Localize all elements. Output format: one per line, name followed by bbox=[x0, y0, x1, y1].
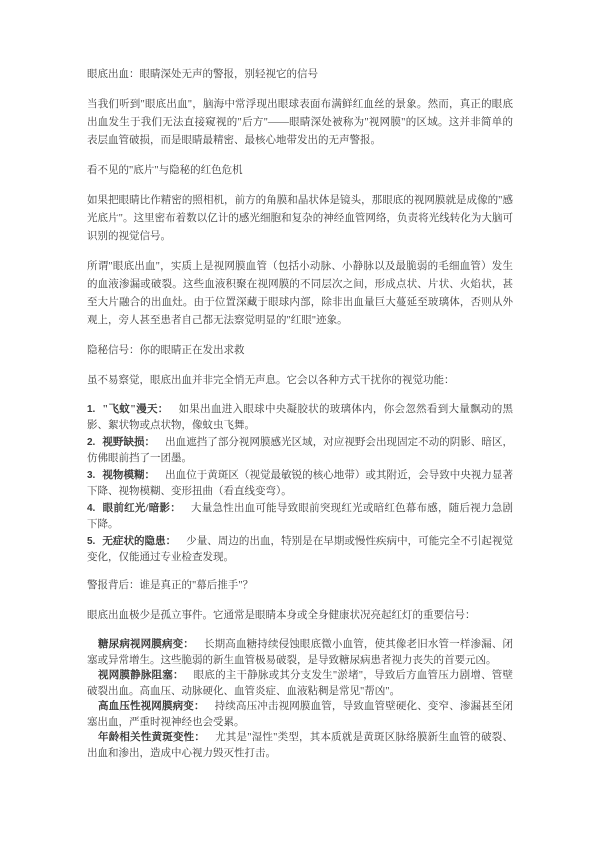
causes-list: 糖尿病视网膜病变：长期高血糖持续侵蚀眼底微小血管，使其像老旧水管一样渗漏、闭塞或… bbox=[87, 637, 513, 761]
list-item: 4.眼前红光/暗影：大量急性出血可能导致眼前突现红光或暗红色幕布感，随后视力急剧… bbox=[87, 501, 513, 532]
film-paragraph-2: 所谓"眼底出血"，实质上是视网膜血管（包括小动脉、小静脉以及最脆弱的毛细血管）发… bbox=[87, 258, 513, 330]
signals-intro: 虽不易察觉，眼底出血并非完全悄无声息。它会以各种方式干扰你的视觉功能： bbox=[87, 372, 513, 390]
section-heading-film: 看不见的"底片"与隐秘的红色危机 bbox=[87, 162, 513, 180]
causes-intro: 眼底出血极少是孤立事件。它通常是眼睛本身或全身健康状况亮起红灯的重要信号： bbox=[87, 607, 513, 625]
film-paragraph-1: 如果把眼睛比作精密的照相机，前方的角膜和晶状体是镜头，那眼底的视网膜就是成像的"… bbox=[87, 192, 513, 246]
list-item-lead: 眼前红光/暗影： bbox=[102, 503, 181, 514]
list-item-number: 3. bbox=[87, 470, 95, 481]
cause-paragraph: 高血压性视网膜病变：持续高压冲击视网膜血管，导致血管壁硬化、变窄、渗漏甚至闭塞出… bbox=[87, 699, 513, 730]
intro-paragraph: 当我们听到"眼底出血"，脑海中常浮现出眼球表面布满鲜红血丝的景象。然而，真正的眼… bbox=[87, 96, 513, 150]
cause-paragraph: 视网膜静脉阻塞：眼底的主干静脉或其分支发生"淤堵"，导致后方血管压力剧增、管壁破… bbox=[87, 668, 513, 699]
cause-lead: 糖尿病视网膜病变： bbox=[98, 639, 194, 650]
cause-lead: 高血压性视网膜病变： bbox=[98, 701, 205, 712]
section-heading-causes: 警报背后：谁是真正的"幕后推手"？ bbox=[87, 577, 513, 595]
list-item: 1."飞蚊"漫天：如果出血进入眼球中央凝胶状的玻璃体内，你会忽然看到大量飘动的黑… bbox=[87, 402, 513, 433]
list-item: 5.无症状的隐患：少量、周边的出血，特别是在早期或慢性疾病中，可能完全不引起视觉… bbox=[87, 534, 513, 565]
document-title: 眼底出血：眼睛深处无声的警报，别轻视它的信号 bbox=[87, 66, 513, 84]
list-item-number: 2. bbox=[87, 437, 95, 448]
cause-paragraph: 年龄相关性黄斑变性：尤其是"湿性"类型，其本质就是黄斑区脉络膜新生血管的破裂、出… bbox=[87, 730, 513, 761]
cause-lead: 视网膜静脉阻塞： bbox=[98, 670, 184, 681]
cause-paragraph: 糖尿病视网膜病变：长期高血糖持续侵蚀眼底微小血管，使其像老旧水管一样渗漏、闭塞或… bbox=[87, 637, 513, 668]
document-page: 眼底出血：眼睛深处无声的警报，别轻视它的信号 当我们听到"眼底出血"，脑海中常浮… bbox=[0, 0, 595, 841]
section-heading-signals: 隐秘信号：你的眼睛正在发出求救 bbox=[87, 342, 513, 360]
list-item-number: 5. bbox=[87, 536, 95, 547]
list-item-lead: 视野缺损： bbox=[102, 437, 155, 448]
list-item-lead: 无症状的隐患： bbox=[102, 536, 176, 547]
list-item: 2.视野缺损：出血遮挡了部分视网膜感光区域，对应视野会出现固定不动的阴影、暗区，… bbox=[87, 435, 513, 466]
list-item-lead: 视物模糊： bbox=[102, 470, 155, 481]
list-item: 3.视物模糊：出血位于黄斑区（视觉最敏锐的核心地带）或其附近，会导致中央视力显著… bbox=[87, 468, 513, 499]
cause-lead: 年龄相关性黄斑变性： bbox=[98, 732, 205, 743]
list-item-number: 1. bbox=[87, 404, 95, 415]
list-item-lead: "飞蚊"漫天： bbox=[102, 404, 168, 415]
signals-list: 1."飞蚊"漫天：如果出血进入眼球中央凝胶状的玻璃体内，你会忽然看到大量飘动的黑… bbox=[87, 402, 513, 565]
list-item-number: 4. bbox=[87, 503, 95, 514]
